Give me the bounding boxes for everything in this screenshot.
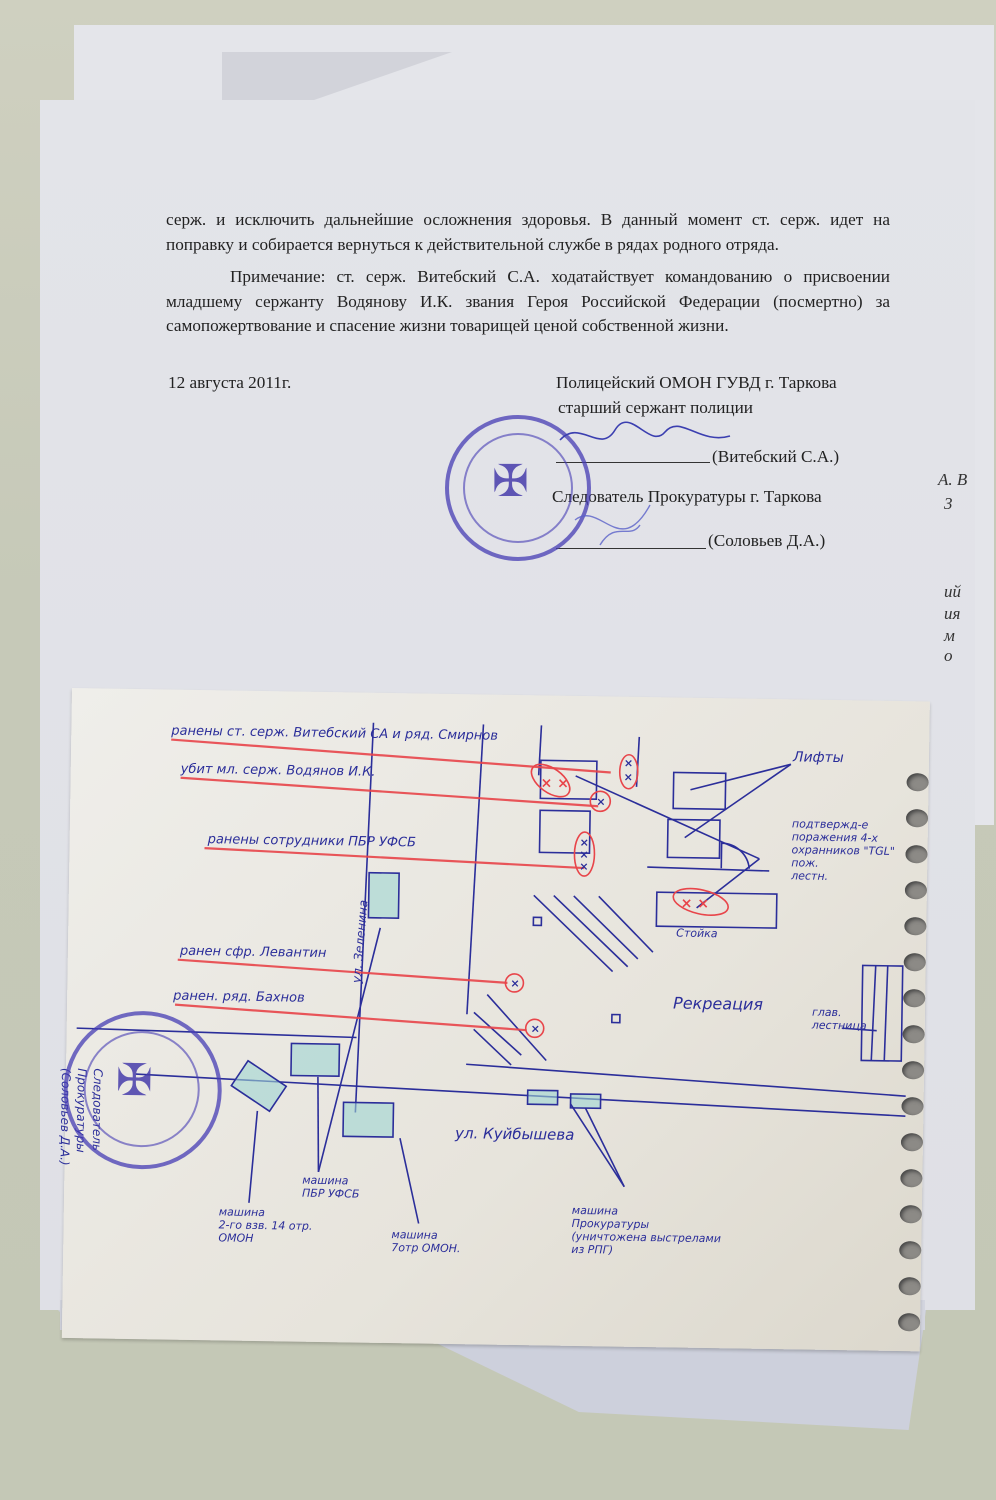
binder-hole — [903, 989, 925, 1007]
binder-hole — [904, 953, 926, 971]
binder-hole — [906, 809, 928, 827]
binder-hole — [904, 917, 926, 935]
binder-hole — [900, 1205, 922, 1223]
label-confirmed-guards: подтвержд-е поражения 4-х охранников "TG… — [791, 817, 895, 884]
binder-hole — [899, 1277, 921, 1295]
svg-text:×: × — [624, 771, 633, 784]
svg-text:×: × — [510, 977, 519, 990]
label-wounded-levantin: ранен сфр. Левантин — [180, 944, 327, 961]
binder-hole — [903, 1025, 925, 1043]
svg-text:×: × — [624, 757, 633, 770]
binder-hole — [905, 845, 927, 863]
map-drawing: × × × × × × × × × × × × — [62, 688, 930, 1351]
eagle-emblem-icon: ✠ — [115, 1055, 153, 1107]
binder-hole — [898, 1313, 920, 1331]
binder-hole — [901, 1097, 923, 1115]
label-street-kuibysheva: ул. Куйбышева — [455, 1124, 575, 1144]
binder-hole — [902, 1061, 924, 1079]
binder-hole — [905, 881, 927, 899]
label-car-omon-14: машина 2-го взв. 14 отр. ОМОН — [218, 1205, 313, 1245]
svg-text:×: × — [596, 795, 605, 808]
label-counter: Стойка — [676, 927, 718, 941]
label-wounded-bakhnov: ранен. ряд. Бахнов — [173, 989, 305, 1006]
svg-text:×: × — [579, 860, 588, 873]
label-car-omon-7: машина 7отр ОМОН. — [391, 1228, 461, 1255]
label-killed-vodyanov: убит мл. серж. Водянов И.К. — [181, 762, 376, 780]
label-car-fsb: машина ПБР УФСБ — [302, 1174, 360, 1201]
label-recreation: Рекреация — [673, 993, 763, 1013]
label-car-prosecutor: машина Прокуратуры (уничтожена выстрелам… — [571, 1204, 721, 1258]
label-elevators: Лифты — [793, 749, 844, 766]
binder-hole — [901, 1133, 923, 1151]
hand-drawn-scene-map: × × × × × × × × × × × × ранены ст. серж.… — [62, 688, 930, 1351]
binder-hole — [906, 773, 928, 791]
binder-hole — [900, 1169, 922, 1187]
svg-text:×: × — [531, 1022, 540, 1035]
binder-hole — [899, 1241, 921, 1259]
label-main-stairs: глав. лестница — [812, 1006, 867, 1033]
svg-text:× ×: × × — [540, 775, 569, 791]
svg-text:× ×: × × — [681, 896, 710, 912]
